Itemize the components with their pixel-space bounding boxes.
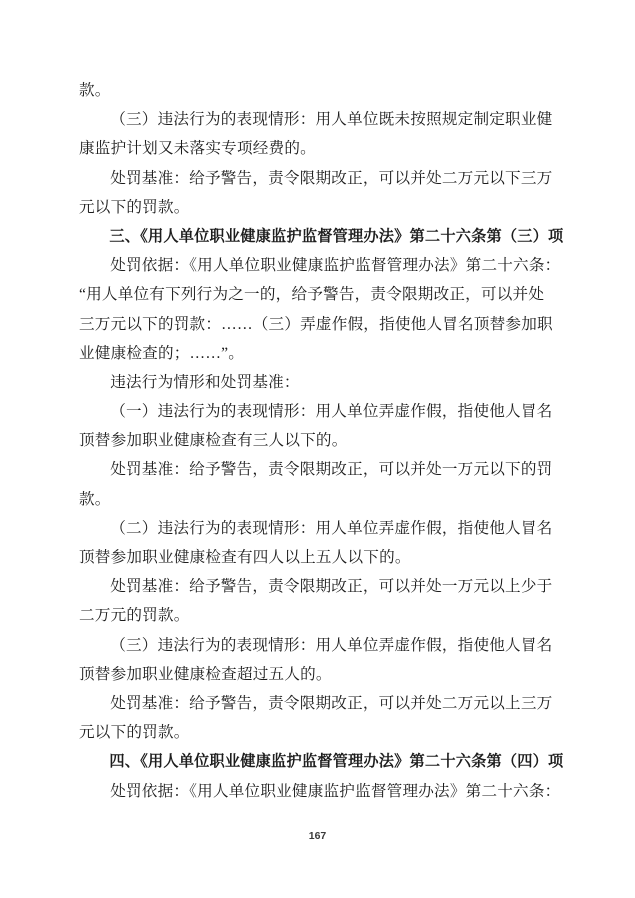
section-heading: 四、《用人单位职业健康监护监督管理办法》第二十六条第（四）项 — [79, 747, 565, 776]
body-text-line: 元以下的罚款。 — [79, 718, 565, 747]
body-text-line: 处罚基准：给予警告，责令限期改正，可以并处二万元以下三万 — [79, 164, 565, 193]
document-body: 款。（三）违法行为的表现情形：用人单位既未按照规定制定职业健康监护计划又未落实专… — [79, 76, 565, 806]
body-text-line: 康监护计划又未落实专项经费的。 — [79, 134, 565, 163]
body-text-line: （一）违法行为的表现情形：用人单位弄虚作假，指使他人冒名 — [79, 397, 565, 426]
body-text-line: 顶替参加职业健康检查超过五人的。 — [79, 660, 565, 689]
body-text-line: （三）违法行为的表现情形：用人单位既未按照规定制定职业健 — [79, 105, 565, 134]
body-text-line: 处罚基准：给予警告，责令限期改正，可以并处一万元以下的罚 — [79, 455, 565, 484]
body-text-line: （二）违法行为的表现情形：用人单位弄虚作假，指使他人冒名 — [79, 514, 565, 543]
body-text-line: 顶替参加职业健康检查有四人以上五人以下的。 — [79, 543, 565, 572]
document-page: 款。（三）违法行为的表现情形：用人单位既未按照规定制定职业健康监护计划又未落实专… — [0, 0, 635, 898]
body-text-line: 处罚依据：《用人单位职业健康监护监督管理办法》第二十六条： — [79, 251, 565, 280]
body-text-line: 款。 — [79, 76, 565, 105]
page-number: 167 — [0, 830, 635, 842]
section-heading: 三、《用人单位职业健康监护监督管理办法》第二十六条第（三）项 — [79, 222, 565, 251]
body-text-line: 顶替参加职业健康检查有三人以下的。 — [79, 426, 565, 455]
body-text-line: 款。 — [79, 485, 565, 514]
body-text-line: 违法行为情形和处罚基准： — [79, 368, 565, 397]
body-text-line: 处罚基准：给予警告，责令限期改正，可以并处一万元以上少于 — [79, 572, 565, 601]
body-text-line: “用人单位有下列行为之一的，给予警告，责令限期改正，可以并处 — [79, 280, 565, 309]
body-text-line: 三万元以下的罚款：……（三）弄虚作假，指使他人冒名顶替参加职 — [79, 310, 565, 339]
body-text-line: 业健康检查的；……”。 — [79, 339, 565, 368]
body-text-line: 处罚基准：给予警告，责令限期改正，可以并处二万元以上三万 — [79, 689, 565, 718]
body-text-line: （三）违法行为的表现情形：用人单位弄虚作假，指使他人冒名 — [79, 631, 565, 660]
body-text-line: 二万元的罚款。 — [79, 601, 565, 630]
body-text-line: 元以下的罚款。 — [79, 193, 565, 222]
body-text-line: 处罚依据：《用人单位职业健康监护监督管理办法》第二十六条： — [79, 777, 565, 806]
